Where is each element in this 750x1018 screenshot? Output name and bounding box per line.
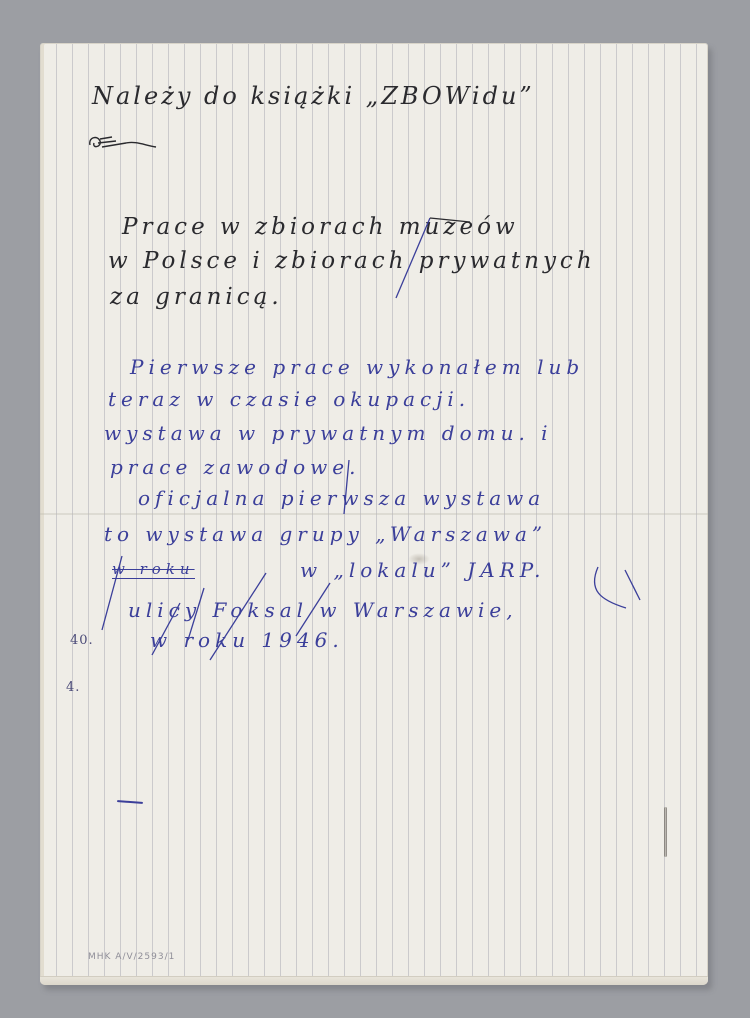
margin-note-4: 4. [66,680,80,695]
catalog-number: MHK A/V/2593/1 [88,952,175,962]
insertion-marks-icon [0,0,750,1018]
margin-note-40: 40. [70,633,94,648]
